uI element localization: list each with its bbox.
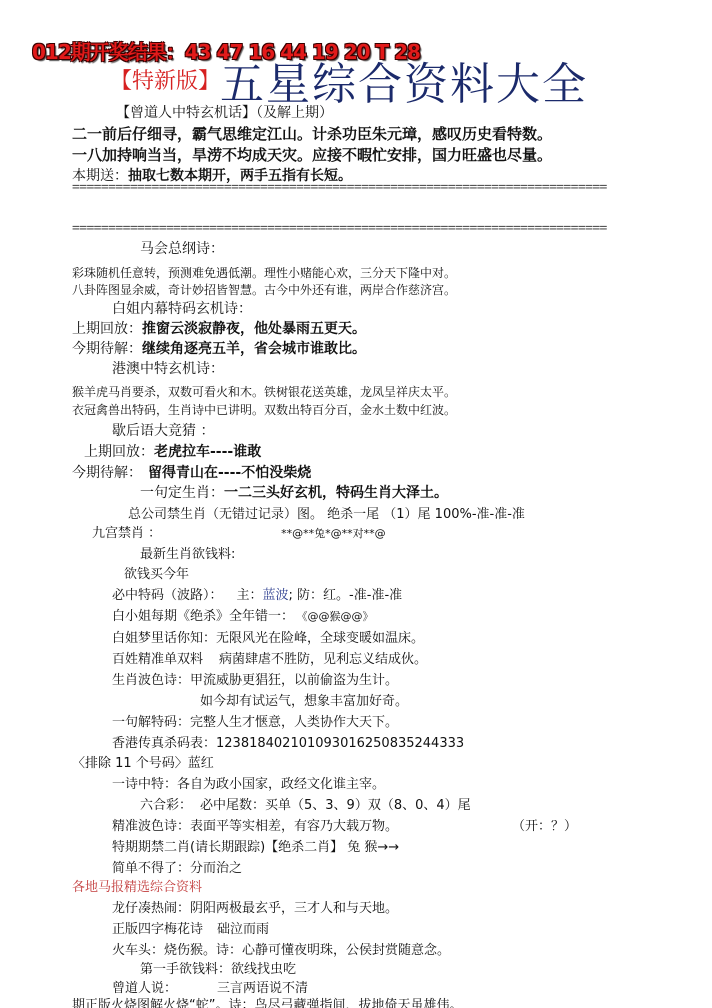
one-sentence-line: 一句解特码：完整人生才惬意，人类协作大天下。 [112,711,398,730]
riddle-last: 上期回放：老虎拉车----谁敢 [84,441,261,461]
intro-line-2: 一八加持响当当，旱涝不均成天灾。应接不暇忙安排，国力旺盛也尽量。 [72,144,552,165]
bai-now-text: 继续角逐亮五羊，省会城市谁敢比。 [142,341,366,357]
six-line: 六合彩：必中尾数：买单（5、3、9）双（8、0、4）尾 [140,794,471,813]
bai-poem-now: 今期待解：继续角逐亮五羊，省会城市谁敢比。 [72,338,366,358]
single-double-text: 病菌肆虐不胜防，见利忘义结成伙。 [219,652,427,667]
one-zodiac-text: 一二三头好玄机，特码生肖大泽土。 [224,485,448,501]
nine-palace-label: 九宫禁肖 ： [92,526,161,541]
plum-text: 础泣而雨 [217,922,269,937]
bai-kill-label: 白小姐每期《绝杀》全年错一： [112,609,294,624]
first-hand-label: 第一手欲钱料： [140,962,231,977]
hk-poem-line-1: 猴羊虎马肖要杀，双数可看火和木。铁树银花送英雄，龙凤呈祥庆太平。 [72,383,456,400]
one-sentence-text: 完整人生才惬意，人类协作大天下。 [190,715,398,730]
intro-line-1: 二一前后仔细寻，霸气思维定江山。计杀功臣朱元璋，感叹历史看特数。 [72,123,552,144]
dragon-text: 阴阳两极最玄乎，三才人和与天地。 [190,901,398,916]
bai-now-label: 今期待解： [72,341,142,357]
riddle-heading: 歇后语大竞猜 ： [112,420,214,440]
bai-last-text: 推窗云淡寂静夜，他处暴雨五更天。 [142,321,366,337]
wave-rest: ; 防：红。-准-准-准 [289,588,403,603]
horse-poem-line-1: 彩珠随机任意转，预测难免遇低潮。理性小赌能心欢，三分天下隆中对。 [72,264,456,281]
nine-palace: 九宫禁肖 ：**@**兔*@**对**@ [92,522,386,541]
train-line: 火车头：烧伤猴。诗：心静可懂夜明珠，公侯封赏随意念。 [112,939,450,958]
horse-poem-line-2: 八卦阵图显余威，奇计妙招皆智慧。古今中外还有谁，两岸合作慈济宫。 [72,281,456,298]
simple-label: 简单不得了： [112,861,190,876]
wave-label: 必中特码（波路）： [112,588,223,603]
bai-poem-heading: 白姐内幕特码玄机诗： [112,298,252,318]
ban-two-line: 特期期禁二肖(请长期跟踪)【绝杀二肖】 兔 猴→→ [112,836,399,855]
six-text: 必中尾数：买单（5、3、9）双（8、0、4）尾 [200,798,471,813]
fax-value: 123818402101093016250835244333 [216,736,464,751]
color-poem-text-1: 甲流威胁更猖狂，以前偷盗为生计。 [190,673,398,688]
horse-poem-heading: 马会总纲诗： [140,238,224,258]
single-double-line: 百姓精准单双料病菌肆虐不胜防，见利忘义结成伙。 [112,648,427,667]
local-heading: 各地马报精选综合资料 [72,876,202,895]
wave-main-value: 蓝波 [263,588,289,603]
bai-poem-last: 上期回放：推窗云淡寂静夜，他处暴雨五更天。 [72,318,366,338]
riddle-now-text: 留得青山在----不怕没柴烧 [148,465,311,481]
precise-label: 精准波色诗： [112,819,190,834]
hk-poem-heading: 港澳中特玄机诗： [112,358,224,378]
wave-line: 必中特码（波路）：主：蓝波; 防：红。-准-准-准 [112,584,402,603]
riddle-last-label: 上期回放： [84,444,154,460]
one-zodiac: 一句定生肖：一二三头好玄机，特码生肖大泽土。 [140,482,448,502]
dream-text: 无限风光在险峰，全球变暖如温床。 [216,631,424,646]
separator-1: ========================================… [72,180,607,195]
plum-label: 正版四字梅花诗 [112,922,203,937]
train-text: 烧伤猴。诗：心静可懂夜明珠，公侯封赏随意念。 [164,943,450,958]
fire-line: 期正版火烧图解火烧“蛇”。诗：鸟尽弓藏弹指间，拔地倚天虽雄伟。 [72,994,462,1008]
edition-label: 【特新版】 [110,64,220,95]
fax-line: 香港传真杀码表：123818402101093016250835244333 [112,732,464,751]
bai-kill: 白小姐每期《绝杀》全年错一：《@@猴@@》 [112,605,374,624]
riddle-now-label: 今期待解： [72,465,142,481]
color-poem-line-2: 如今却有试运气，想象丰富加好奇。 [200,690,408,709]
dragon-line: 龙仔凑热闹：阴阳两极最玄乎，三才人和与天地。 [112,897,398,916]
newest-heading: 最新生肖欲钱料: [140,543,235,562]
separator-2: ========================================… [72,221,607,236]
open-note: （开：？） [512,815,577,834]
six-label: 六合彩： [140,798,192,813]
riddle-last-text: 老虎拉车----谁敢 [154,444,261,460]
bai-last-label: 上期回放： [72,321,142,337]
riddle-now: 今期待解：留得青山在----不怕没柴烧 [72,462,311,482]
intro-heading: 【曾道人中特玄机话】（及解上期） [116,102,333,122]
poem-special-line: 一诗中特：各自为政小国家，政经文化谁主宰。 [112,773,385,792]
first-hand-line: 第一手欲钱料：欲线找虫吃 [140,958,296,977]
poem-special-text: 各自为政小国家，政经文化谁主宰。 [177,777,385,792]
wave-main-label: 主： [237,588,263,603]
simple-text: 分而治之 [190,861,242,876]
dragon-label: 龙仔凑热闹： [112,901,190,916]
company-ban: 总公司禁生肖（无错过记录）图。 绝杀一尾 （1）尾 100%-准-准-准 [128,503,525,522]
hk-poem-line-2: 衣冠禽兽出特码，生肖诗中已讲明。双数出特百分百，金水土数中红波。 [72,401,456,418]
color-poem-label: 生肖波色诗： [112,673,190,688]
plum-line: 正版四字梅花诗础泣而雨 [112,918,269,937]
simple-line: 简单不得了：分而治之 [112,857,242,876]
one-zodiac-label: 一句定生肖： [140,485,224,501]
exclude-line: 〈排除 11 个号码〉蓝红 [72,752,214,771]
precise-line: 精准波色诗：表面平等实相差，有容乃大载万物。 [112,815,398,834]
dream-line: 白姐梦里话你知：无限风光在险峰，全球变暖如温床。 [112,627,424,646]
single-double-label: 百姓精准单双料 [112,652,203,667]
train-label: 火车头： [112,943,164,958]
nine-palace-text: **@**兔*@**对**@ [281,527,386,540]
poem-special-label: 一诗中特： [112,777,177,792]
fax-label: 香港传真杀码表： [112,736,216,751]
color-poem-line-1: 生肖波色诗：甲流威胁更猖狂，以前偷盗为生计。 [112,669,398,688]
dream-label: 白姐梦里话你知： [112,631,216,646]
precise-text: 表面平等实相差，有容乃大载万物。 [190,819,398,834]
bai-kill-value: 《@@猴@@》 [302,610,374,623]
one-sentence-label: 一句解特码： [112,715,190,730]
newest-text: 欲钱买今年 [124,563,189,582]
first-hand-text: 欲线找虫吃 [231,962,296,977]
